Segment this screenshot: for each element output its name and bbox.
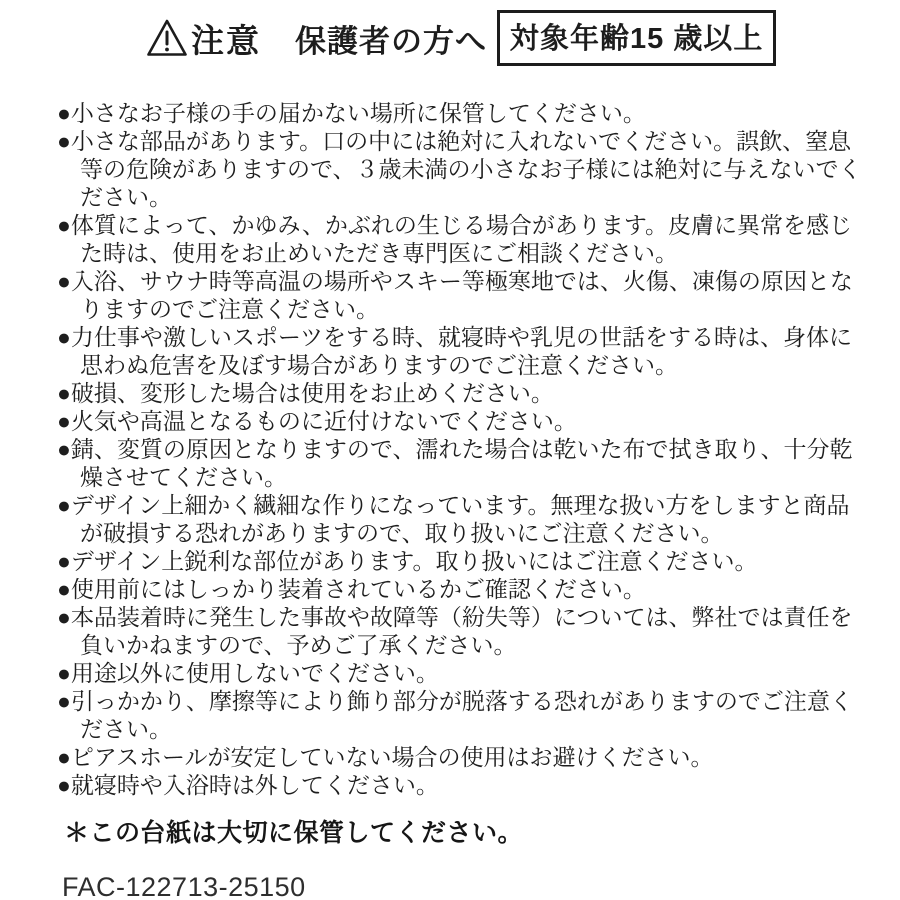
bullet-icon: ● <box>57 492 71 518</box>
warning-item: ●デザイン上鋭利な部位があります。取り扱いにはご注意ください。 <box>57 547 869 575</box>
warning-item: ●小さな部品があります。口の中には絶対に入れないでください。誤飲、窒息等の危険が… <box>57 127 869 211</box>
warning-item: ●火気や高温となるものに近付けないでください。 <box>57 407 869 435</box>
warning-text: 破損、変形した場合は使用をお止めください。 <box>71 380 554 406</box>
bullet-icon: ● <box>57 744 71 770</box>
warning-item: ●就寝時や入浴時は外してください。 <box>57 771 869 799</box>
bullet-icon: ● <box>57 436 71 462</box>
warning-triangle-icon <box>146 17 188 59</box>
warning-item: ●引っかかり、摩擦等により飾り部分が脱落する恐れがありますのでご注意ください。 <box>57 687 869 743</box>
bullet-icon: ● <box>57 772 71 798</box>
warning-item: ●力仕事や激しいスポーツをする時、就寝時や乳児の世話をする時は、身体に思わぬ危害… <box>57 323 869 379</box>
bullet-icon: ● <box>57 212 71 238</box>
warning-item: ●用途以外に使用しないでください。 <box>57 659 869 687</box>
warning-text: 就寝時や入浴時は外してください。 <box>71 772 439 798</box>
bullet-icon: ● <box>57 604 71 630</box>
warning-text: 小さな部品があります。口の中には絶対に入れないでください。誤飲、窒息等の危険があ… <box>71 128 862 210</box>
warning-item: ●破損、変形した場合は使用をお止めください。 <box>57 379 869 407</box>
warning-text: 力仕事や激しいスポーツをする時、就寝時や乳児の世話をする時は、身体に思わぬ危害を… <box>71 324 852 378</box>
bullet-icon: ● <box>57 660 71 686</box>
product-code: FAC-122713-25150 <box>62 872 900 900</box>
bullet-icon: ● <box>57 100 71 126</box>
warning-item: ●体質によって、かゆみ、かぶれの生じる場合があります。皮膚に異常を感じた時は、使… <box>57 211 869 267</box>
warnings-list: ●小さなお子様の手の届かない場所に保管してください。●小さな部品があります。口の… <box>57 99 869 799</box>
bullet-icon: ● <box>57 408 71 434</box>
header: 注意 保護者の方へ 対象年齢15 歳以上 <box>146 13 900 63</box>
age-restriction-badge: 対象年齢15 歳以上 <box>497 10 776 66</box>
warning-item: ●デザイン上細かく繊細な作りになっています。無理な扱い方をしますと商品が破損する… <box>57 491 869 547</box>
warning-item: ●入浴、サウナ時等高温の場所やスキー等極寒地では、火傷、凍傷の原因となりますので… <box>57 267 869 323</box>
warning-text: ピアスホールが安定していない場合の使用はお避けください。 <box>71 744 714 770</box>
warning-text: 錆、変質の原因となりますので、濡れた場合は乾いた布で拭き取り、十分乾燥させてくだ… <box>71 436 853 490</box>
bullet-icon: ● <box>57 548 71 574</box>
warning-item: ●錆、変質の原因となりますので、濡れた場合は乾いた布で拭き取り、十分乾燥させてく… <box>57 435 869 491</box>
warning-text: 使用前にはしっかり装着されているかご確認ください。 <box>71 576 646 602</box>
bullet-icon: ● <box>57 380 71 406</box>
bullet-icon: ● <box>57 688 71 714</box>
warning-item: ●小さなお子様の手の届かない場所に保管してください。 <box>57 99 869 127</box>
warning-item: ●使用前にはしっかり装着されているかご確認ください。 <box>57 575 869 603</box>
notice-title: 注意 <box>191 15 261 62</box>
warning-text: デザイン上鋭利な部位があります。取り扱いにはご注意ください。 <box>71 548 758 574</box>
bullet-icon: ● <box>57 324 71 350</box>
bullet-icon: ● <box>57 576 71 602</box>
warning-text: 体質によって、かゆみ、かぶれの生じる場合があります。皮膚に異常を感じた時は、使用… <box>71 212 852 266</box>
notice-subtitle: 保護者の方へ <box>295 16 487 61</box>
bullet-icon: ● <box>57 128 71 154</box>
warning-text: 引っかかり、摩擦等により飾り部分が脱落する恐れがありますのでご注意ください。 <box>71 688 853 742</box>
warning-text: 用途以外に使用しないでください。 <box>71 660 439 686</box>
keep-card-note: ＊この台紙は大切に保管してください。 <box>64 813 900 849</box>
warning-text: デザイン上細かく繊細な作りになっています。無理な扱い方をしますと商品が破損する恐… <box>71 492 850 546</box>
warning-item: ●本品装着時に発生した事故や故障等（紛失等）については、弊社では責任を負いかねま… <box>57 603 869 659</box>
warning-text: 本品装着時に発生した事故や故障等（紛失等）については、弊社では責任を負いかねます… <box>71 604 853 658</box>
warning-notice-card: 注意 保護者の方へ 対象年齢15 歳以上 ●小さなお子様の手の届かない場所に保管… <box>0 0 900 900</box>
warning-text: 火気や高温となるものに近付けないでください。 <box>71 408 577 434</box>
warning-text: 入浴、サウナ時等高温の場所やスキー等極寒地では、火傷、凍傷の原因となりますのでご… <box>71 268 853 322</box>
bullet-icon: ● <box>57 268 71 294</box>
warning-item: ●ピアスホールが安定していない場合の使用はお避けください。 <box>57 743 869 771</box>
warning-text: 小さなお子様の手の届かない場所に保管してください。 <box>71 100 646 126</box>
